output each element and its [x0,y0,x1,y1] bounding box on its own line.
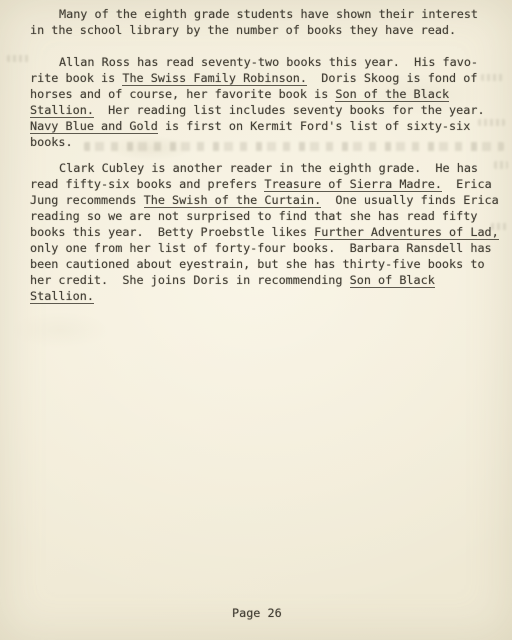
text-line: in the school library by the number of b… [30,22,506,38]
text-segment: in the school library by the number of b… [30,23,456,37]
page-number: Page 26 [232,605,282,621]
text-line: reading so we are not surprised to find … [30,208,506,224]
text-segment: Clark Cubley is another reader in the ei… [59,161,478,175]
text-segment: rite book is [30,71,122,85]
document-body: Many of the eighth grade students have s… [30,6,506,304]
book-title-swish-of-the-curtain: The Swish of the Curtain. [144,193,322,208]
text-segment: is first on Kermit Ford's list of sixty-… [158,119,471,133]
text-line: only one from her list of forty-four boo… [30,240,506,256]
text-line: Allan Ross has read seventy-two books th… [30,54,506,70]
book-title-treasure-of-sierra-madre: Treasure of Sierra Madre. [264,177,442,192]
text-segment: horses and of course, her favorite book … [30,87,335,101]
text-segment: Her reading list includes seventy books … [94,103,485,117]
book-title-swiss-family-robinson: The Swiss Family Robinson. [122,71,307,86]
ink-smudge [481,74,505,81]
text-segment: been cautioned about eyestrain, but she … [30,257,485,271]
text-line: rite book is The Swiss Family Robinson. … [30,70,506,86]
text-segment: reading so we are not surprised to find … [30,209,477,223]
text-segment: her credit. She joins Doris in recommend… [30,273,350,287]
paragraph-clark-erica-betty-barbara: Clark Cubley is another reader in the ei… [30,160,506,304]
ink-smudge [491,223,509,230]
text-line: Clark Cubley is another reader in the ei… [30,160,506,176]
text-segment: read fifty-six books and prefers [30,177,264,191]
text-segment: Jung recommends [30,193,144,207]
text-line: horses and of course, her favorite book … [30,86,506,102]
text-line: Navy Blue and Gold is first on Kermit Fo… [30,118,506,134]
ink-smudge [494,161,508,169]
text-line: Jung recommends The Swish of the Curtain… [30,192,506,208]
text-segment: Allan Ross has read seventy-two books th… [59,55,478,69]
text-line: read fifty-six books and prefers Treasur… [30,176,506,192]
book-title-navy-blue-and-gold: Navy Blue and Gold [30,119,158,134]
ink-smudge-ghost-text [84,142,504,151]
text-line: her credit. She joins Doris in recommend… [30,272,506,288]
text-segment: Erica [442,177,492,191]
paragraph-intro: Many of the eighth grade students have s… [30,6,506,38]
book-title-son-of-black-stallion-part1: Son of Black [350,273,435,288]
text-line: Many of the eighth grade students have s… [30,6,506,22]
text-line: Stallion. [30,288,506,304]
text-segment: books this year. Betty Proebstle likes [30,225,314,239]
book-title-son-of-the-black-stallion-part2: Stallion. [30,103,94,118]
paragraph-allan-doris-kermit: Allan Ross has read seventy-two books th… [30,54,506,150]
text-line: Stallion. Her reading list includes seve… [30,102,506,118]
text-segment: books. [30,135,73,149]
book-title-further-adventures-of-lad: Further Adventures of Lad, [314,225,499,240]
text-segment: One usually finds Erica [321,193,499,207]
ink-smudge [478,119,505,126]
book-title-son-of-black-stallion-part2: Stallion. [30,289,94,304]
book-title-son-of-the-black-stallion-part1: Son of the Black [335,87,449,102]
text-line: been cautioned about eyestrain, but she … [30,256,506,272]
scanned-page: Many of the eighth grade students have s… [0,0,512,640]
text-segment: only one from her list of forty-four boo… [30,241,492,255]
ink-smudge [7,55,29,62]
text-segment: Doris Skoog is fond of [307,71,477,85]
text-segment: Many of the eighth grade students have s… [59,7,478,21]
text-line: books this year. Betty Proebstle likes F… [30,224,506,240]
